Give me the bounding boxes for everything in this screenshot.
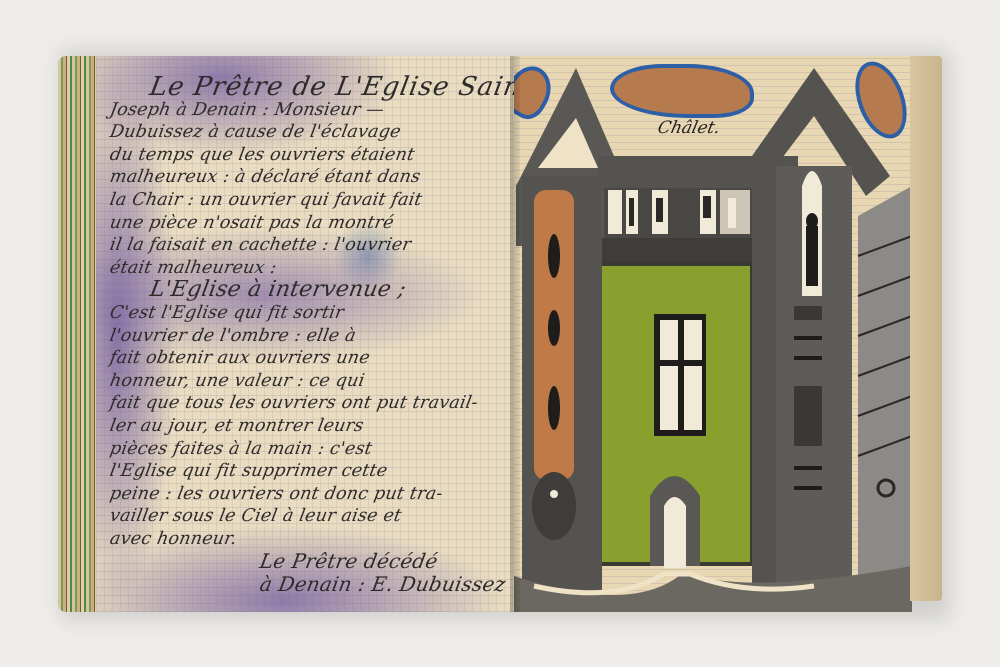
text-line: Le Prêtre de L'Eglise Saint (108, 76, 510, 99)
handwritten-text: Le Prêtre de L'Eglise Saint Joseph à Den… (110, 76, 508, 596)
signature-line: Le Prêtre décédé (108, 550, 510, 573)
right-page: Châlet. (514, 56, 912, 612)
text-line: une pièce n'osait pas la montré (108, 212, 510, 235)
text-line: avec honneur. (108, 528, 510, 551)
text-line: fait obtenir aux ouvriers une (108, 347, 510, 370)
text-line: vailler sous le Ciel à leur aise et (108, 505, 510, 528)
text-line: l'Eglise qui fit supprimer cette (108, 460, 510, 483)
text-line: pièces faites à la main : c'est (108, 438, 510, 461)
text-line: il la faisait en cachette : l'ouvrier (108, 234, 510, 257)
text-line: ler au jour, et montrer leurs (108, 415, 510, 438)
text-line: l'ouvrier de l'ombre : elle à (108, 325, 510, 348)
text-line: Dubuissez à cause de l'éclavage (108, 121, 510, 144)
text-line: C'est l'Eglise qui fit sortir (108, 302, 510, 325)
text-line: malheureux : à déclaré étant dans (108, 166, 510, 189)
notebook-page-edges-right (910, 56, 942, 601)
text-line: peine : les ouvriers ont donc put tra- (108, 483, 510, 506)
text-line: Joseph à Denain : Monsieur — (108, 99, 510, 122)
text-line: honneur, une valeur : ce qui (108, 370, 510, 393)
text-line: la Chair : un ouvrier qui favait fait (108, 189, 510, 212)
book-gutter (510, 56, 520, 612)
text-line: était malheureux : (108, 257, 510, 280)
text-line: fait que tous les ouvriers ont put trava… (108, 392, 510, 415)
text-line: L'Eglise à intervenue ; (108, 279, 510, 302)
chalet-drawing (514, 56, 912, 612)
signature-line: à Denain : E. Dubuissez (108, 573, 510, 596)
left-page: Le Prêtre de L'Eglise Saint Joseph à Den… (96, 56, 514, 612)
text-line: du temps que les ouvriers étaient (108, 144, 510, 167)
